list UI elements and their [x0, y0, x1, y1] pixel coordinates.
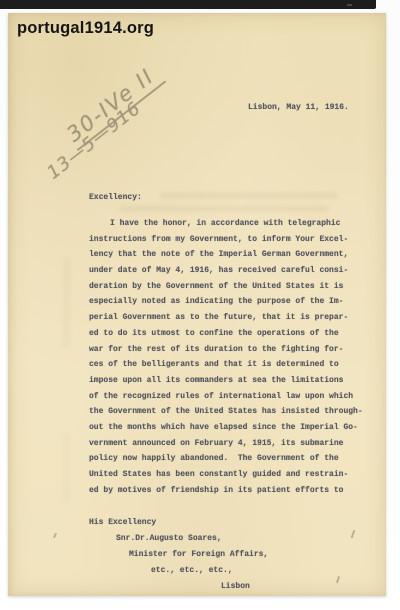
ink-bleed-mark [63, 258, 70, 348]
letter-body-line-15: policy now happily abandoned. The Govern… [89, 454, 371, 470]
letter-body: I have the honor, in accordance with tel… [89, 219, 371, 501]
letter-body-line-1: instructions from my Government, to info… [89, 235, 371, 251]
letter-body-line-12: the Government of the United States has … [89, 407, 371, 423]
letter-body-line-2: lency that the note of the Imperial Germ… [89, 250, 371, 266]
letter-body-line-8: war for the rest of its duration to the … [89, 345, 371, 361]
letter-address-block: His ExcellencySnr.Dr.Augusto Soares,Mini… [89, 518, 349, 594]
letter-body-line-7: ed to do its utmost to confine the opera… [89, 329, 371, 345]
letter-paper: portugal1914.org 30-IVe II 13—5—916 Lisb… [8, 13, 386, 596]
letter-body-line-3: under date of May 4, 1916, has received … [89, 266, 371, 282]
letter-body-line-4: deration by the Government of the United… [89, 282, 371, 298]
ink-bleed-mark [160, 193, 338, 198]
letter-body-line-5: especially noted as indicating the purpo… [89, 297, 371, 313]
letter-address-line-1: Snr.Dr.Augusto Soares, [116, 534, 349, 546]
scan-edge-bar [0, 0, 376, 9]
pencil-speck [351, 530, 355, 538]
scanned-letter-page: portugal1914.org 30-IVe II 13—5—916 Lisb… [0, 0, 400, 610]
letter-body-line-16: United States has been constantly guided… [89, 470, 371, 486]
letter-body-line-0: I have the honor, in accordance with tel… [89, 219, 371, 235]
scan-dust-speck [347, 4, 352, 6]
letter-body-line-13: out the months which have elapsed since … [89, 423, 371, 439]
letter-body-line-17: ed by motives of friendship in its patie… [89, 486, 371, 502]
archive-watermark: portugal1914.org [17, 19, 154, 38]
letter-address-line-2: Minister for Foreign Affairs, [129, 550, 349, 562]
letter-address-line-0: His Excellency [89, 518, 349, 530]
letter-body-line-9: ces of the belligerants and that it is d… [89, 360, 371, 376]
letter-dateline: Lisbon, May 11, 1916. [248, 103, 349, 112]
letter-body-line-10: impose upon all its commanders at sea th… [89, 376, 371, 392]
letter-address-line-4: Lisbon [221, 582, 349, 594]
letter-address-line-3: etc., etc., etc., [151, 566, 349, 578]
letter-salutation: Excellency: [89, 193, 142, 202]
letter-body-line-6: perial Government as to the future, that… [89, 313, 371, 329]
ink-bleed-mark [120, 206, 328, 211]
pencil-speck [53, 533, 57, 538]
letter-body-line-14: vernment announced on February 4, 1915, … [89, 439, 371, 455]
letter-body-line-11: of the recognized rules of international… [89, 392, 371, 408]
ink-bleed-mark [63, 433, 70, 503]
